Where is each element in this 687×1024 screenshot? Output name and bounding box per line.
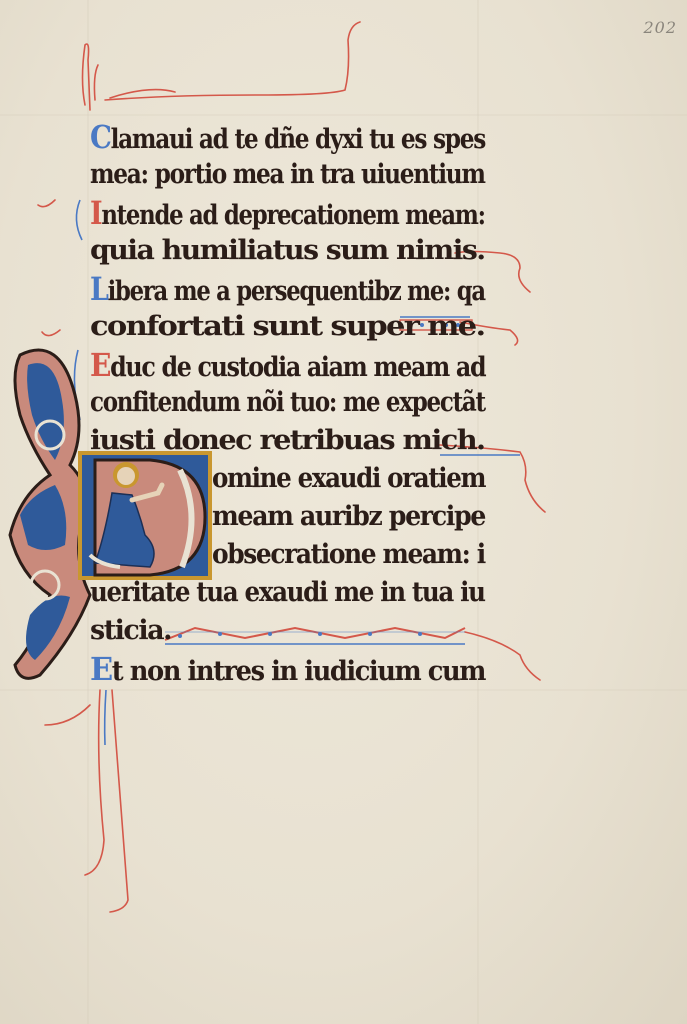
- text-line-2: mea: portio mea in tra uiuentium: [90, 156, 485, 194]
- text-line-1: Clamaui ad te dñe dyxi tu es spes: [90, 118, 485, 156]
- initial-c: C: [90, 118, 111, 156]
- text-line-15: Et non intres in iudicium cum: [90, 650, 485, 688]
- text-line-5: Libera me a persequentibz me: qa: [90, 270, 485, 308]
- text-line-6: confortati sunt super me.: [90, 308, 484, 346]
- initial-e: E: [90, 346, 110, 384]
- text-line-10: omine exaudi oratiem: [212, 460, 485, 498]
- manuscript-page: 202: [0, 0, 687, 1024]
- text-line-12: obsecratione meam: i: [212, 536, 485, 574]
- text-line-3: Intende ad deprecationem meam:: [90, 194, 485, 232]
- text-line-11: meam auribz percipe: [212, 498, 485, 536]
- initial-i: I: [90, 194, 101, 232]
- text-line-8: confitendum nõi tuo: me expectãt: [90, 384, 485, 422]
- initial-l: L: [90, 270, 108, 308]
- text-line-13: ueritate tua exaudi me in tua iu: [90, 574, 485, 612]
- text-line-9: iusti donec retribuas mich.: [90, 422, 484, 460]
- text-line-7: Educ de custodia aiam meam ad: [90, 346, 485, 384]
- text-line-14: sticia.: [90, 612, 171, 650]
- initial-e-2: E: [90, 650, 112, 688]
- text-line-4: quia humiliatus sum nimis.: [90, 232, 485, 270]
